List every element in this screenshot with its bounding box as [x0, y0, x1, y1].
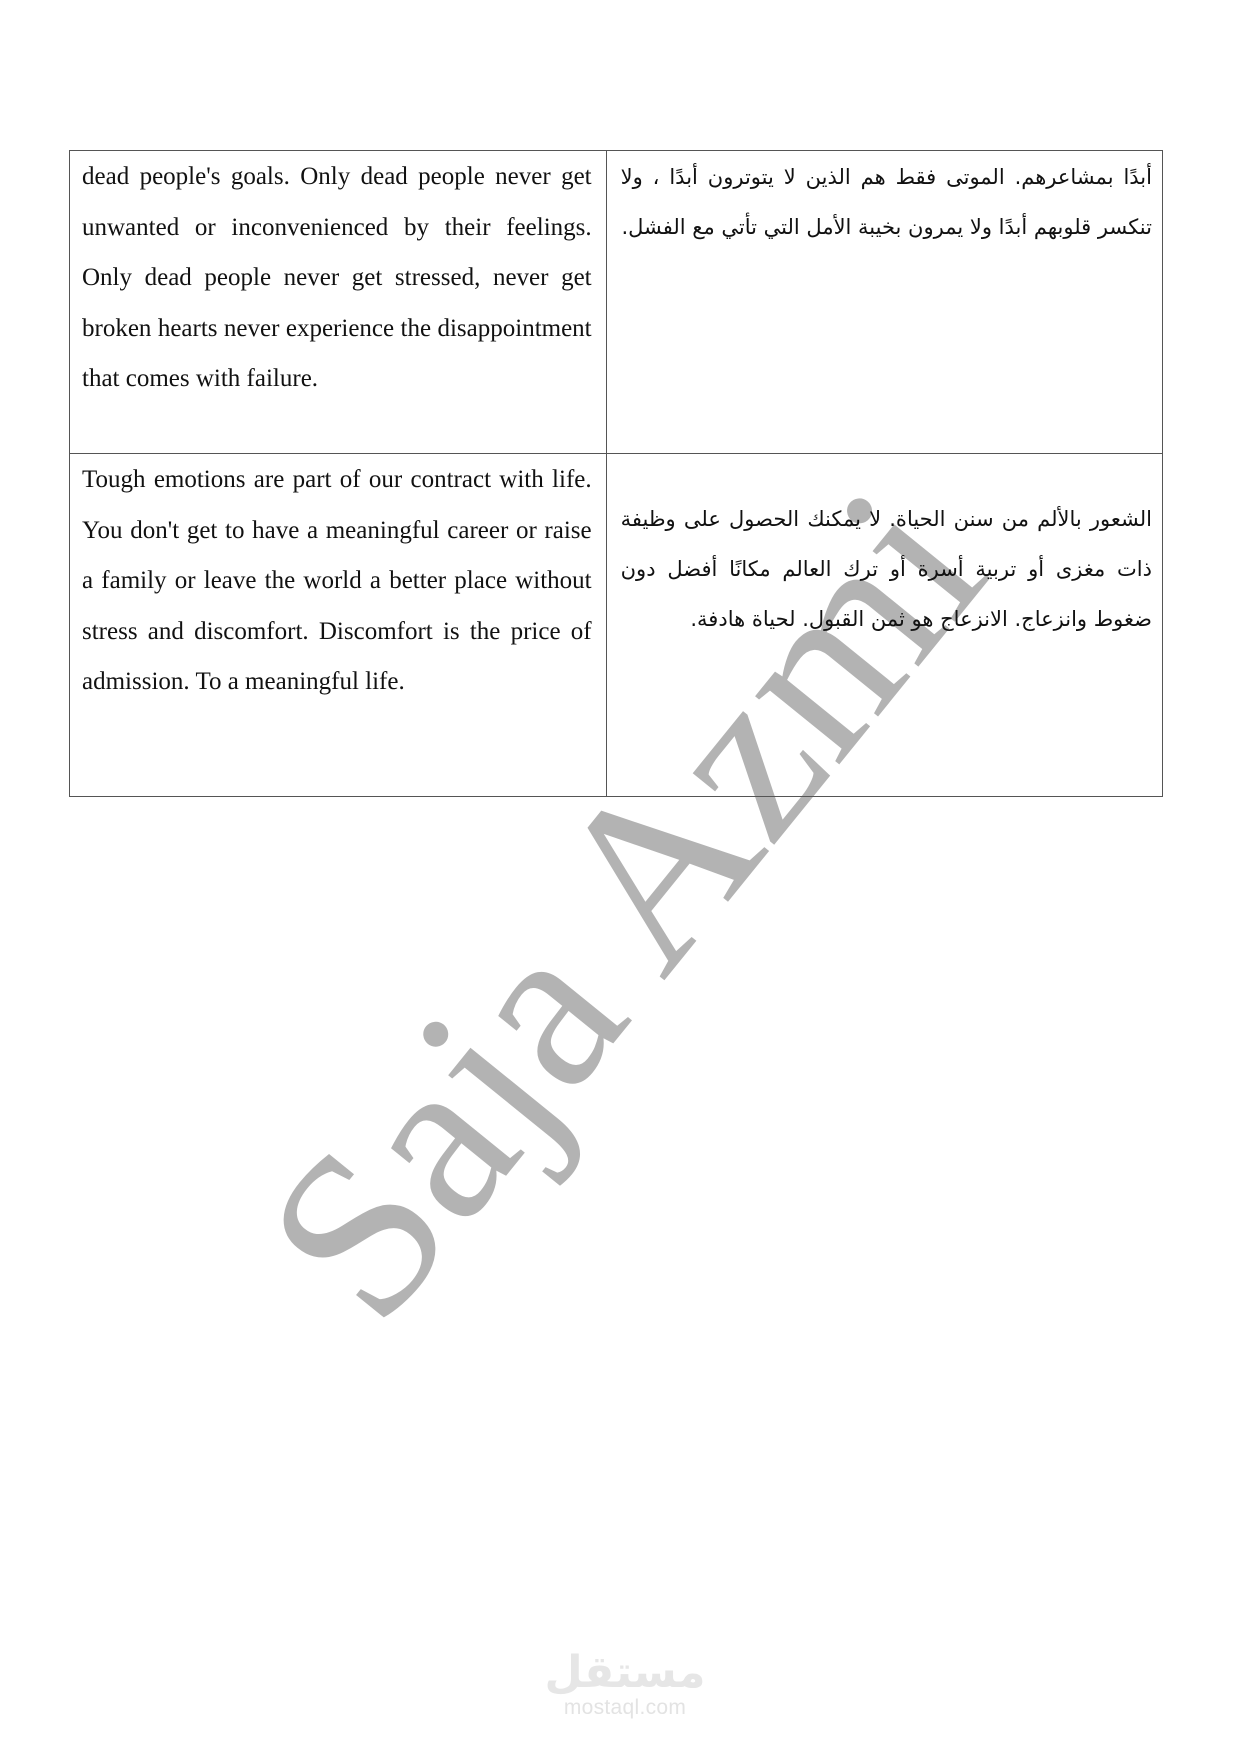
arabic-cell: أبدًا بمشاعرهم. الموتى فقط هم الذين لا ي… [606, 151, 1162, 454]
english-cell: Tough emotions are part of our contract … [70, 454, 607, 797]
arabic-paragraph: أبدًا بمشاعرهم. الموتى فقط هم الذين لا ي… [621, 152, 1152, 252]
logo-domain-text: mostaql.com [540, 1698, 710, 1718]
english-paragraph: Tough emotions are part of our contract … [82, 455, 592, 708]
translation-table: dead people's goals. Only dead people ne… [69, 150, 1163, 797]
english-paragraph: dead people's goals. Only dead people ne… [82, 152, 592, 405]
english-cell: dead people's goals. Only dead people ne… [70, 151, 607, 454]
arabic-cell: الشعور بالألم من سنن الحياة. لا يمكنك ال… [606, 454, 1162, 797]
table-row: Tough emotions are part of our contract … [70, 454, 1163, 797]
mostaql-logo: مستقل mostaql.com [540, 1648, 710, 1718]
document-page: Saja Azmi dead people's goals. Only dead… [0, 0, 1241, 1755]
table-row: dead people's goals. Only dead people ne… [70, 151, 1163, 454]
arabic-paragraph: الشعور بالألم من سنن الحياة. لا يمكنك ال… [621, 494, 1152, 644]
logo-arabic-wordmark: مستقل [540, 1648, 710, 1698]
